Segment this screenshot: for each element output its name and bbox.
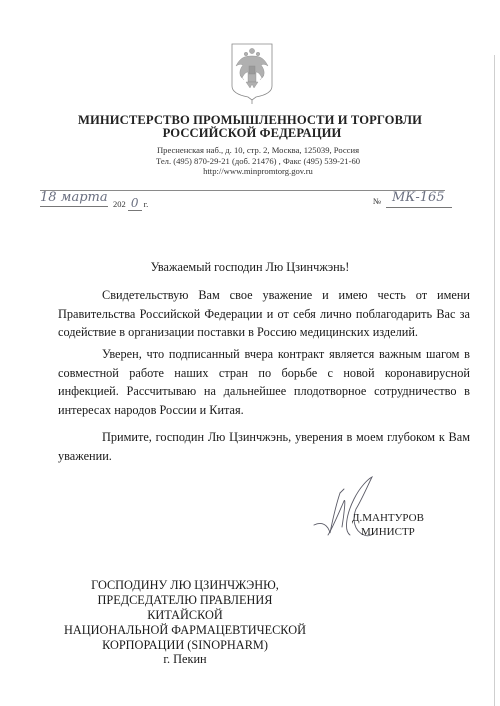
- ministry-website: http://www.minpromtorg.gov.ru: [16, 166, 500, 177]
- ministry-name-line2: РОССИЙСКОЙ ФЕДЕРАЦИИ: [0, 127, 500, 140]
- year-prefix: 202: [113, 199, 126, 209]
- paragraph-text: Уверен, что подписанный вчера контракт я…: [58, 347, 470, 417]
- registration-number: № МК-165: [373, 196, 381, 206]
- addressee-block: ГОСПОДИНУ ЛЮ ЦЗИНЧЖЭНЮ, ПРЕДСЕДАТЕЛЮ ПРА…: [60, 578, 310, 653]
- addressee-line-2: ПРЕДСЕДАТЕЛЮ ПРАВЛЕНИЯ КИТАЙСКОЙ: [60, 593, 310, 623]
- letter-paragraph-1: Свидетельствую Вам свое уважение и имею …: [58, 286, 470, 342]
- paragraph-text: Примите, господин Лю Цзинчжэнь, уверения…: [58, 430, 470, 463]
- ministry-name-line1: МИНИСТЕРСТВО ПРОМЫШЛЕННОСТИ И ТОРГОВЛИ: [78, 113, 422, 127]
- number-field: МК-165: [386, 190, 452, 208]
- date-handwritten: 18 марта: [40, 190, 108, 205]
- ministry-contacts: Пресненская наб., д. 10, стр. 2, Москва,…: [0, 145, 500, 177]
- number-label: №: [373, 196, 381, 206]
- number-handwritten: МК-165: [386, 190, 445, 205]
- signatory-name: Д.МАНТУРОВ: [352, 512, 424, 524]
- year-suffix: г.: [144, 199, 149, 209]
- coat-of-arms-icon: [230, 42, 274, 104]
- addressee-city: г. Пекин: [60, 652, 310, 667]
- ministry-name: МИНИСТЕРСТВО ПРОМЫШЛЕННОСТИ И ТОРГОВЛИ Р…: [0, 114, 500, 140]
- year-handwritten: 0: [128, 196, 142, 211]
- ministry-phone: Тел. (495) 870-29-21 (доб. 21476) , Факс…: [16, 156, 500, 167]
- year-field: 202 0 г.: [113, 196, 148, 210]
- date-field: 18 марта: [40, 190, 108, 207]
- paragraph-text: Свидетельствую Вам свое уважение и имею …: [58, 288, 470, 339]
- addressee-line-1: ГОСПОДИНУ ЛЮ ЦЗИНЧЖЭНЮ,: [60, 578, 310, 593]
- addressee-line-4: КОРПОРАЦИИ (SINOPHARM): [60, 638, 310, 653]
- letter-greeting: Уважаемый господин Лю Цзинчжэнь!: [0, 260, 500, 275]
- ministry-address: Пресненская наб., д. 10, стр. 2, Москва,…: [16, 145, 500, 156]
- signatory-title: МИНИСТР: [352, 526, 424, 540]
- letter-paragraph-3: Примите, господин Лю Цзинчжэнь, уверения…: [58, 428, 470, 465]
- letter-paragraph-2: Уверен, что подписанный вчера контракт я…: [58, 345, 470, 419]
- addressee-line-3: НАЦИОНАЛЬНОЙ ФАРМАЦЕВТИЧЕСКОЙ: [60, 623, 310, 638]
- signatory: Д.МАНТУРОВ МИНИСТР: [352, 512, 424, 539]
- letter-page: МИНИСТЕРСТВО ПРОМЫШЛЕННОСТИ И ТОРГОВЛИ Р…: [0, 0, 500, 706]
